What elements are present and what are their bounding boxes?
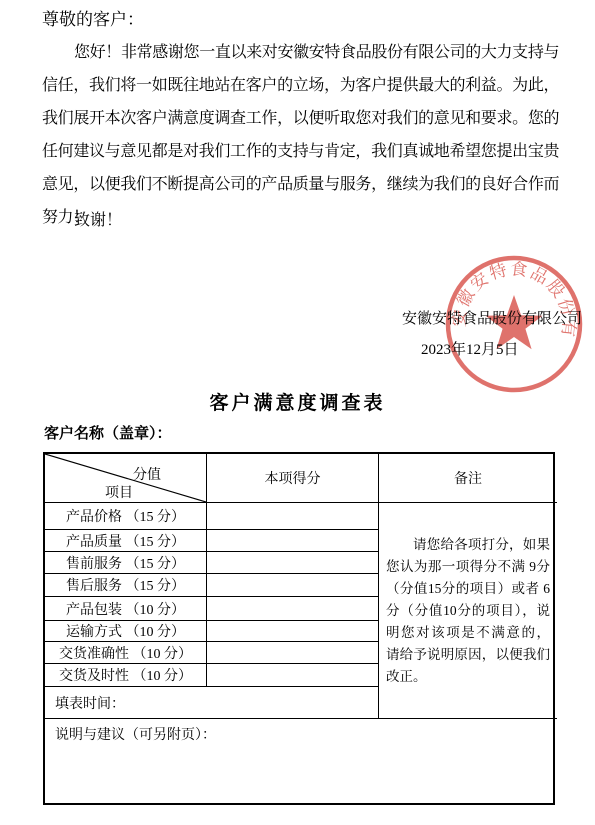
row-label-packaging: 产品包装 （10 分） xyxy=(45,597,207,621)
score-cell-product-price[interactable] xyxy=(207,503,379,530)
suggestion-label: 说明与建议（可另附页）： xyxy=(55,724,216,744)
signature-date: 2023年12月5日 xyxy=(421,338,519,359)
company-signature: 安徽安特食品股份有限公司 xyxy=(402,307,582,328)
document-page: 尊敬的客户： 您好！非常感谢您一直以来对安徽安特食品股份有限公司的大力支持与信任… xyxy=(0,0,595,825)
score-cell-product-quality[interactable] xyxy=(207,530,379,552)
letter-salutation: 尊敬的客户： xyxy=(42,5,144,30)
remark-note-cell: 请您给各项打分，如果您认为那一项得分不满 9分（分值15分的项目）或者 6 分（… xyxy=(379,503,557,719)
fill-time-cell[interactable]: 填表时间： xyxy=(45,687,379,719)
score-cell-delivery-accuracy[interactable] xyxy=(207,642,379,664)
score-cell-presale-service[interactable] xyxy=(207,552,379,574)
score-cell-aftersale-service[interactable] xyxy=(207,574,379,597)
row-label-delivery-timeliness: 交货及时性 （10 分） xyxy=(45,664,207,687)
suggestion-cell[interactable]: 说明与建议（可另附页）： xyxy=(45,719,557,807)
letter-thanks: 致谢！ xyxy=(42,207,242,230)
customer-name-label: 客户名称（盖章）： xyxy=(44,422,172,443)
row-label-product-quality: 产品质量 （15 分） xyxy=(45,530,207,552)
diagonal-label-item: 项目 xyxy=(105,482,133,502)
row-label-product-price: 产品价格 （15 分） xyxy=(45,503,207,530)
survey-table: 分值 项目 本项得分 备注 产品价格 （15 分） 产品质量 （15 分） 售前… xyxy=(43,452,555,805)
header-cell-diagonal: 分值 项目 xyxy=(45,454,207,503)
score-cell-delivery-timeliness[interactable] xyxy=(207,664,379,687)
row-label-presale-service: 售前服务 （15 分） xyxy=(45,552,207,574)
header-cell-remark: 备注 xyxy=(379,454,557,503)
diagonal-label-score-value: 分值 xyxy=(133,464,161,484)
header-cell-score: 本项得分 xyxy=(207,454,379,503)
remark-note-text: 请您给各项打分，如果您认为那一项得分不满 9分（分值15分的项目）或者 6 分（… xyxy=(386,534,550,688)
fill-time-label: 填表时间： xyxy=(55,693,125,713)
row-label-transport-method: 运输方式 （10 分） xyxy=(45,621,207,642)
row-label-aftersale-service: 售后服务 （15 分） xyxy=(45,574,207,597)
score-cell-packaging[interactable] xyxy=(207,597,379,621)
score-cell-transport-method[interactable] xyxy=(207,621,379,642)
letter-body: 您好！非常感谢您一直以来对安徽安特食品股份有限公司的大力支持与信任，我们将一如既… xyxy=(42,36,559,234)
row-label-delivery-accuracy: 交货准确性 （10 分） xyxy=(45,642,207,664)
